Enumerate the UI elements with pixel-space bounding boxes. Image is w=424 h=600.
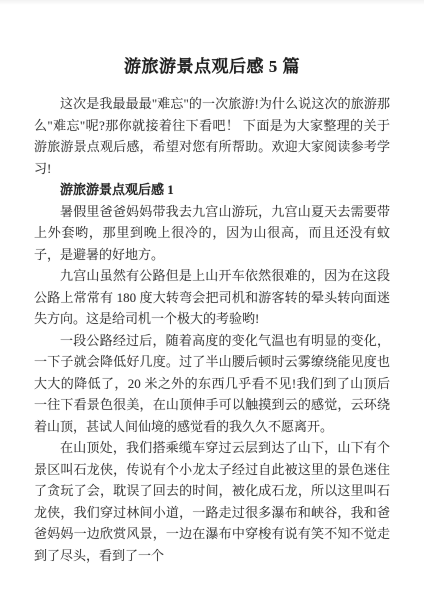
section-heading: 游旅游景点观后感 1 bbox=[34, 179, 390, 201]
body-paragraph-1: 暑假里爸爸妈妈带我去九宫山游玩，九宫山夏天去需要带上外套哟，那里到晚上很冷的，因… bbox=[34, 201, 390, 266]
body-paragraph-2: 九宫山虽然有公路但是上山开车依然很难的，因为在这段公路上常常有 180 度大转弯… bbox=[34, 265, 390, 330]
body-paragraph-3: 一段公路经过后，随着高度的变化气温也有明显的变化，一下子就会降低好几度。过了半山… bbox=[34, 330, 390, 438]
document-page: 游旅游景点观后感 5 篇 这次是我最最最"难忘"的一次旅游!为什么说这次的旅游那… bbox=[0, 0, 424, 600]
document-title: 游旅游景点观后感 5 篇 bbox=[34, 52, 390, 77]
intro-paragraph: 这次是我最最最"难忘"的一次旅游!为什么说这次的旅游那么"难忘"呢?那你就接着往… bbox=[34, 93, 390, 179]
body-paragraph-4: 在山顶处，我们搭乘缆车穿过云层到达了山下，山下有个景区叫石龙侠，传说有个小龙太子… bbox=[34, 437, 390, 566]
